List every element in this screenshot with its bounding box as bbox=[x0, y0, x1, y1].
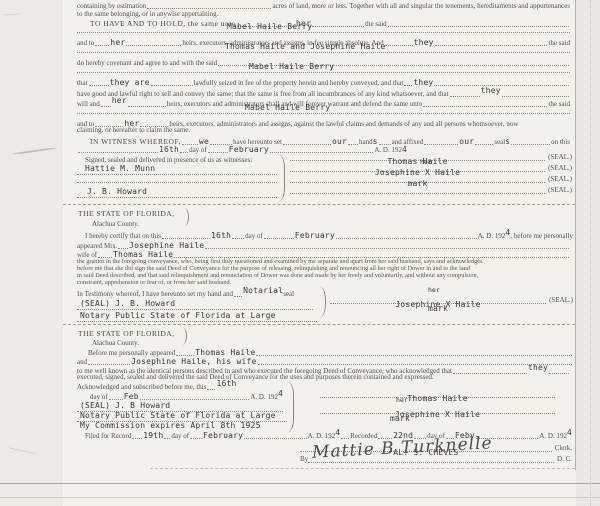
deputy-label: D. C. bbox=[557, 456, 572, 463]
seal-label: (SEAL.) bbox=[548, 176, 572, 183]
mark-subscript: mark bbox=[390, 415, 410, 423]
seal-label: (SEAL.) bbox=[548, 154, 572, 161]
dotted-leader bbox=[341, 436, 349, 439]
witness-bracket bbox=[277, 154, 285, 202]
dotted-leader bbox=[109, 397, 123, 400]
printed-text: day of bbox=[90, 394, 108, 401]
printed-text: acres of land, more or less. Together wi… bbox=[272, 3, 570, 10]
typed-entry: Mabel Haile Berry bbox=[245, 104, 330, 112]
printed-text: THE STATE OF FLORIDA, bbox=[78, 209, 175, 218]
dotted-leader bbox=[404, 83, 412, 86]
dotted-leader bbox=[190, 436, 202, 439]
dotted-leader bbox=[78, 150, 158, 153]
typed-entry: they are bbox=[110, 79, 150, 87]
cert-line: In Testimony whereof, I have hereunto se… bbox=[77, 290, 313, 298]
filing-line: Filed for Record 19th day of February A.… bbox=[85, 432, 572, 440]
printed-text: claiming, or hereafter to claim the same… bbox=[77, 127, 190, 134]
dotted-leader bbox=[336, 236, 477, 239]
dotted-leader bbox=[450, 94, 480, 97]
dotted-leader bbox=[348, 142, 358, 145]
state-bracket bbox=[181, 208, 189, 226]
signature-rule: Josephine X Haile bbox=[320, 403, 555, 414]
printed-text: heirs, executors, administrators and ass… bbox=[169, 121, 518, 128]
printed-text: A. D. 192 bbox=[308, 433, 336, 440]
printed-text: Acknowledged and subscribed before me, t… bbox=[77, 384, 206, 391]
notary-bracket bbox=[318, 286, 326, 318]
page-fold-line bbox=[575, 0, 576, 470]
typed-entry: 19th bbox=[143, 432, 163, 440]
scan-edge-line bbox=[0, 483, 600, 484]
county-heading: Alachua County. bbox=[92, 221, 139, 228]
printed-text: and affixed bbox=[392, 139, 424, 146]
typed-entry: our bbox=[332, 138, 347, 146]
dotted-leader bbox=[502, 94, 569, 97]
deed-line: Mabel Haile Berry bbox=[77, 22, 570, 33]
printed-text: Alachua County. bbox=[92, 221, 139, 228]
signature-rule bbox=[290, 183, 545, 194]
dotted-leader bbox=[208, 150, 228, 153]
typed-entry: they bbox=[413, 79, 433, 87]
typed-entry: February bbox=[229, 146, 269, 154]
dotted-leader bbox=[182, 142, 198, 145]
page-left-margin bbox=[0, 0, 63, 506]
printed-text: hand bbox=[359, 139, 373, 146]
typed-entry: Feb bbox=[124, 393, 139, 401]
ack-bracket bbox=[286, 381, 294, 433]
cert-line: I hereby certify that on this 16th day o… bbox=[85, 232, 573, 240]
typed-entry: Josephine Haile, his wife bbox=[131, 358, 256, 366]
dotted-leader bbox=[164, 436, 170, 439]
signature-rule: Josephine X Haile bbox=[330, 293, 546, 304]
printed-text: seal bbox=[494, 139, 505, 146]
typed-entry: 4 bbox=[335, 429, 340, 437]
printed-text: that bbox=[77, 80, 88, 87]
dotted-leader bbox=[453, 371, 527, 374]
page-right-margin bbox=[576, 0, 600, 506]
cert-line: appeared Mrs. Josephine Haile bbox=[77, 242, 570, 250]
typed-entry: our bbox=[459, 138, 474, 146]
printed-text: executed, signed, sealed and delivered t… bbox=[77, 374, 434, 381]
typed-entry: 4 bbox=[505, 229, 510, 237]
dotted-leader bbox=[234, 294, 242, 297]
state-heading: THE STATE OF FLORIDA, bbox=[78, 209, 175, 218]
typed-entry: Thomas Haile bbox=[195, 349, 255, 357]
dotted-leader bbox=[147, 6, 271, 9]
typed-entry: Notarial bbox=[243, 287, 283, 295]
signature-rule: Josephine X Haile bbox=[290, 161, 545, 172]
deed-line: have good and lawful right to sell and c… bbox=[77, 90, 570, 98]
printed-text: , before me personally bbox=[510, 233, 573, 240]
deed-line: claiming, or hereafter to claim the same… bbox=[77, 127, 190, 134]
county-heading: Alachua County. bbox=[92, 340, 139, 347]
seal-label: (SEAL.) bbox=[548, 165, 572, 172]
dotted-leader bbox=[89, 83, 109, 86]
printed-text: A. D. 192 bbox=[539, 433, 567, 440]
witness-rule bbox=[77, 187, 277, 198]
dotted-leader bbox=[207, 387, 215, 390]
deed-line: to the same belonging, or in anywise app… bbox=[77, 11, 218, 18]
deed-line: Thomas Haile and Josephine Haile bbox=[77, 42, 570, 53]
dotted-leader bbox=[232, 236, 244, 239]
printed-text: Alachua County. bbox=[92, 340, 139, 347]
printed-text: and bbox=[77, 359, 87, 366]
commission-expiry: My Commission expires April 8th 1925 bbox=[80, 422, 261, 430]
typed-entry: Mabel Haile Berry bbox=[249, 63, 334, 71]
dotted-leader bbox=[283, 142, 331, 145]
dotted-leader bbox=[256, 353, 572, 356]
notary-rule bbox=[77, 311, 317, 322]
deed-line: Mabel Haile Berry bbox=[77, 62, 570, 73]
dotted-leader bbox=[549, 371, 569, 374]
seal-label: (SEAL.) bbox=[549, 297, 573, 304]
typed-entry: we bbox=[199, 138, 209, 146]
printed-text: on this bbox=[551, 139, 570, 146]
dotted-leader bbox=[205, 246, 569, 249]
printed-text: I hereby certify that on this bbox=[85, 233, 161, 240]
printed-text: to the same belonging, or in anywise app… bbox=[77, 11, 218, 18]
cert-line: Acknowledged and subscribed before me, t… bbox=[77, 383, 283, 391]
printed-text: lawfully seized in fee of the property h… bbox=[194, 80, 404, 87]
printed-text: day of bbox=[171, 433, 189, 440]
notary-rule bbox=[77, 299, 313, 310]
printed-text: In Testimony whereof, I have hereunto se… bbox=[77, 291, 233, 298]
typed-entry: they bbox=[528, 364, 548, 372]
dotted-leader bbox=[258, 362, 572, 365]
printed-text: day of bbox=[189, 147, 207, 154]
printed-text: have good and lawful right to sell and c… bbox=[77, 91, 449, 98]
printed-text: day of bbox=[245, 233, 263, 240]
dotted-leader bbox=[424, 142, 458, 145]
typed-entry: Thomas Haile and Josephine Haile bbox=[225, 43, 386, 51]
by-label: By bbox=[300, 456, 308, 463]
cert-line: day of Feb A. D. 192 4 bbox=[90, 393, 283, 401]
dotted-leader bbox=[88, 362, 130, 365]
printed-text: Before me personally appeared bbox=[88, 350, 175, 357]
signature-line: Thomas Haile bbox=[320, 387, 555, 398]
signature-line: (SEAL.) bbox=[290, 183, 572, 194]
scan-edge-line bbox=[0, 497, 600, 498]
deed-document-scan: containing by estimation acres of land, … bbox=[0, 0, 600, 506]
state-bracket bbox=[179, 327, 187, 345]
dotted-leader bbox=[475, 142, 493, 145]
signature-typed: Thomas Haile bbox=[407, 394, 467, 403]
page-fold-line bbox=[590, 0, 591, 506]
dotted-leader bbox=[151, 83, 193, 86]
printed-text: A. D. 192 bbox=[478, 233, 506, 240]
signature-line: Josephine X Haile (SEAL.) bbox=[290, 161, 572, 172]
cert-line: Before me personally appeared Thomas Hai… bbox=[88, 349, 573, 357]
deed-line: Mabel Haile Berry bbox=[77, 103, 570, 114]
printed-text: THE STATE OF FLORIDA, bbox=[78, 329, 175, 338]
dotted-leader bbox=[434, 83, 569, 86]
dotted-leader bbox=[162, 236, 210, 239]
dotted-leader bbox=[140, 397, 250, 400]
typed-entry: they bbox=[481, 87, 501, 95]
state-heading: THE STATE OF FLORIDA, bbox=[78, 329, 175, 338]
typed-entry: Mabel Haile Berry bbox=[227, 23, 312, 31]
typed-entry: February bbox=[295, 232, 335, 240]
scan-edge-line bbox=[150, 468, 575, 469]
dotted-leader bbox=[132, 436, 142, 439]
typed-entry: 16th bbox=[216, 380, 236, 388]
typed-entry: s bbox=[505, 138, 510, 146]
typed-entry: Josephine Haile bbox=[129, 242, 204, 250]
typed-entry: 16th bbox=[159, 146, 179, 154]
signature-line: mark (SEAL.) bbox=[290, 172, 572, 183]
printed-text: A. D. 192 bbox=[250, 394, 278, 401]
signature-rule: Thomas Haile bbox=[320, 387, 555, 398]
signature-rule: mark bbox=[290, 172, 545, 183]
witness-rule bbox=[77, 172, 277, 183]
typed-entry: 4 bbox=[278, 390, 283, 398]
dotted-leader bbox=[180, 150, 188, 153]
typed-entry: s bbox=[373, 138, 378, 146]
printed-text: seal bbox=[283, 291, 294, 298]
seal-label: (SEAL.) bbox=[548, 187, 572, 194]
signature-rule: Thomas Haile bbox=[290, 150, 545, 161]
section-divider bbox=[63, 324, 575, 325]
dotted-leader bbox=[118, 246, 128, 249]
cert-line: and Josephine Haile, his wife bbox=[77, 358, 573, 366]
dotted-leader bbox=[511, 142, 550, 145]
typed-entry: 16th bbox=[211, 232, 231, 240]
mark-subscript: mark bbox=[428, 305, 448, 313]
dotted-leader bbox=[264, 236, 294, 239]
cert-fineprint: constraint, apprehension or fear of, or … bbox=[77, 280, 231, 287]
signature-line: Josephine X Haile (SEAL.) bbox=[330, 293, 573, 304]
printed-text: appeared Mrs. bbox=[77, 243, 117, 250]
dotted-leader bbox=[244, 436, 306, 439]
dotted-leader bbox=[176, 353, 194, 356]
dotted-leader bbox=[379, 142, 391, 145]
signature-line: Josephine X Haile bbox=[320, 403, 555, 414]
clerk-label: Clerk. bbox=[555, 445, 572, 452]
printed-text: Filed for Record bbox=[85, 433, 131, 440]
typed-entry: 4 bbox=[567, 429, 572, 437]
printed-text: constraint, apprehension or fear of, or … bbox=[77, 280, 231, 287]
section-divider bbox=[63, 204, 575, 205]
typed-entry: February bbox=[203, 432, 243, 440]
cert-line: executed, signed, sealed and delivered t… bbox=[77, 374, 434, 381]
